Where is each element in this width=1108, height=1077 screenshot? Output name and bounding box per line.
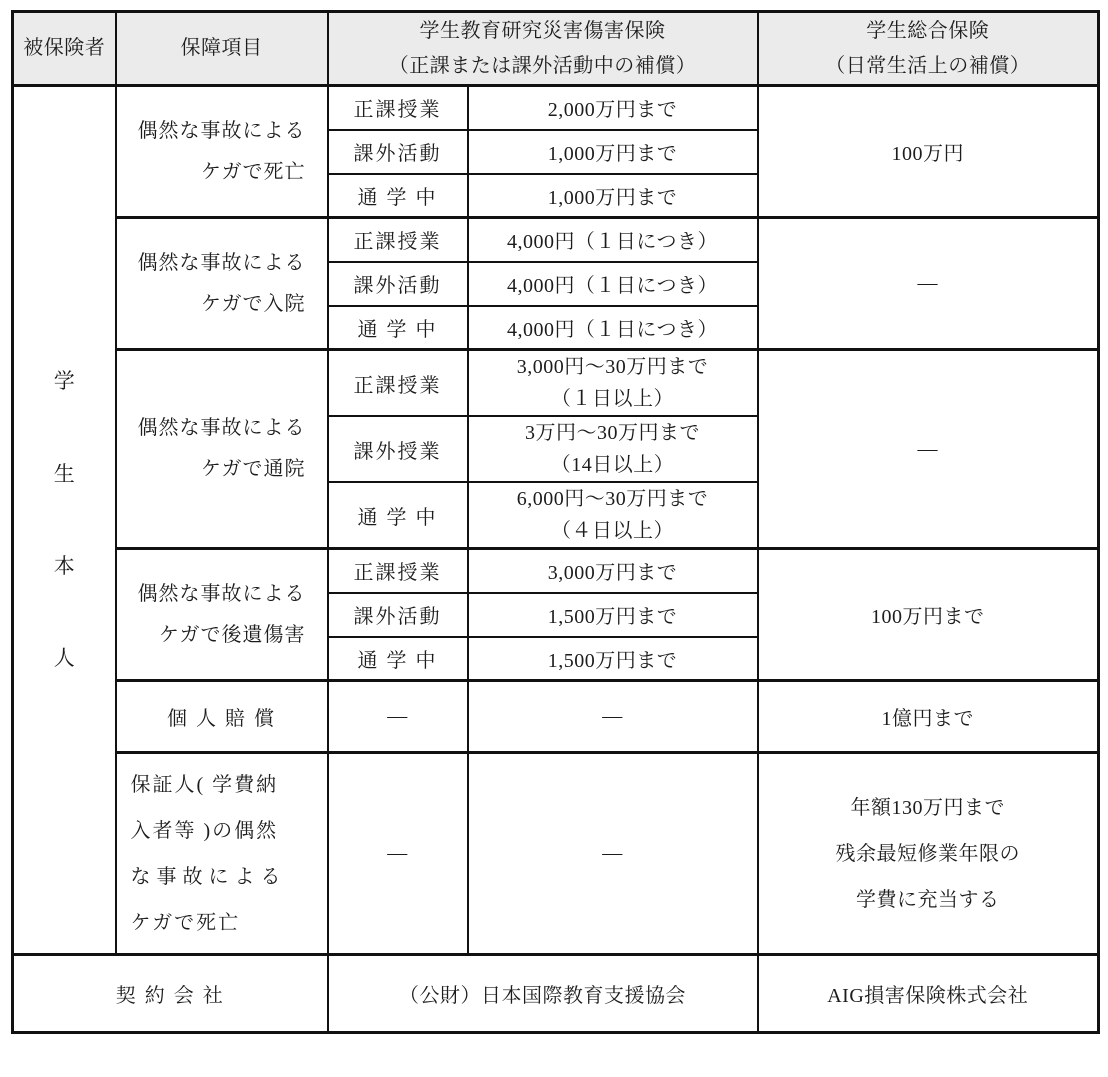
header-edu-insurance-subtitle: （正課または課外活動中の補償） [329,49,757,84]
group1-line2: ケガで死亡 [138,152,306,193]
personal-liability-scene-dash: — [328,681,468,753]
group4-coverage-label: 偶然な事故によるケガで後遺傷害 [116,549,328,681]
header-comprehensive-insurance: 学生総合保険 （日常生活上の補償） [758,12,1099,86]
group3-value-commuting-line2: （４日以上） [469,515,757,547]
group2-coverage-label: 偶然な事故によるケガで入院 [116,218,328,350]
group4-value-regular: 3,000万円まで [468,549,758,593]
group2-scene-commuting: 通 学 中 [328,306,468,350]
group3-value-commuting-line1: 6,000円～30万円まで [469,483,757,515]
group2-value-commuting: 4,000円（１日につき） [468,306,758,350]
group3-value-regular-line2: （１日以上） [469,383,757,415]
group3-value-extracurricular: 3万円～30万円まで （14日以上） [468,416,758,482]
contract-company-label: 契 約 会 社 [13,955,328,1033]
group1-coverage-text: 偶然な事故によるケガで死亡 [138,111,306,193]
table-row: 保証人( 学費納 入者等 )の偶然 な事故による ケガで死亡 — — 年額130… [13,753,1099,955]
personal-liability-label: 個 人 賠 償 [116,681,328,753]
guarantor-line1: 保証人( 学費納 [131,762,327,808]
group1-coverage-label: 偶然な事故によるケガで死亡 [116,86,328,218]
guarantor-scene-dash: — [328,753,468,955]
group4-line2: ケガで後遺傷害 [138,615,306,656]
group2-line1: 偶然な事故による [138,252,306,274]
group1-line1: 偶然な事故による [138,120,306,142]
group4-value-commuting: 1,500万円まで [468,637,758,681]
group2-value-regular: 4,000円（１日につき） [468,218,758,262]
table-row: 偶然な事故によるケガで入院 正課授業 4,000円（１日につき） — [13,218,1099,262]
table-row: 偶然な事故によるケガで通院 正課授業 3,000円～30万円まで （１日以上） … [13,350,1099,417]
group3-value-extracurricular-line2: （14日以上） [469,449,757,481]
group4-line1: 偶然な事故による [138,583,306,605]
group2-value-extracurricular: 4,000円（１日につき） [468,262,758,306]
insurance-comparison-document: 被保険者 保障項目 学生教育研究災害傷害保険 （正課または課外活動中の補償） 学… [0,0,1108,1044]
contract-company-row: 契 約 会 社 （公財）日本国際教育支援協会 AIG損害保険株式会社 [13,955,1099,1033]
guarantor-line4: ケガで死亡 [131,900,327,946]
guarantor-value-dash: — [468,753,758,955]
comprehensive-insurance-company: AIG損害保険株式会社 [758,955,1099,1033]
group3-value-extracurricular-line1: 3万円～30万円まで [469,417,757,449]
guarantor-comprehensive-line3: 学費に充当する [759,877,1098,923]
guarantor-comprehensive-line2: 残余最短修業年限の [759,831,1098,877]
guarantor-line3: な事故による [131,854,327,900]
group3-coverage-text: 偶然な事故によるケガで通院 [138,408,306,490]
group2-comprehensive-value: — [758,218,1099,350]
group2-line2: ケガで入院 [138,284,306,325]
group2-scene-extracurricular: 課外活動 [328,262,468,306]
header-edu-insurance-title: 学生教育研究災害傷害保険 [329,14,757,49]
group3-scene-commuting: 通 学 中 [328,482,468,549]
personal-liability-value-dash: — [468,681,758,753]
group4-scene-commuting: 通 学 中 [328,637,468,681]
insured-person-cell: 学生本人 [13,86,116,955]
header-insured-person: 被保険者 [13,12,116,86]
group2-coverage-text: 偶然な事故によるケガで入院 [138,243,306,325]
personal-liability-comprehensive-value: 1億円まで [758,681,1099,753]
group3-scene-extracurricular: 課外授業 [328,416,468,482]
group1-value-extracurricular: 1,000万円まで [468,130,758,174]
group3-coverage-label: 偶然な事故によるケガで通院 [116,350,328,549]
group4-scene-extracurricular: 課外活動 [328,593,468,637]
group4-coverage-text: 偶然な事故によるケガで後遺傷害 [138,574,306,656]
header-edu-insurance: 学生教育研究災害傷害保険 （正課または課外活動中の補償） [328,12,758,86]
group3-scene-regular: 正課授業 [328,350,468,417]
group4-comprehensive-value: 100万円まで [758,549,1099,681]
group4-value-extracurricular: 1,500万円まで [468,593,758,637]
group1-comprehensive-value: 100万円 [758,86,1099,218]
guarantor-coverage-label: 保証人( 学費納 入者等 )の偶然 な事故による ケガで死亡 [116,753,328,955]
guarantor-line2: 入者等 )の偶然 [131,808,327,854]
group1-scene-extracurricular: 課外活動 [328,130,468,174]
group3-line2: ケガで通院 [138,449,306,490]
group3-value-regular: 3,000円～30万円まで （１日以上） [468,350,758,417]
group1-scene-commuting: 通 学 中 [328,174,468,218]
group1-value-commuting: 1,000万円まで [468,174,758,218]
group2-scene-regular: 正課授業 [328,218,468,262]
table-row: 個 人 賠 償 — — 1億円まで [13,681,1099,753]
group1-scene-regular: 正課授業 [328,86,468,130]
insurance-comparison-table: 被保険者 保障項目 学生教育研究災害傷害保険 （正課または課外活動中の補償） 学… [11,10,1100,1034]
header-comprehensive-subtitle: （日常生活上の補償） [759,49,1098,84]
group3-value-commuting: 6,000円～30万円まで （４日以上） [468,482,758,549]
table-row: 学生本人 偶然な事故によるケガで死亡 正課授業 2,000万円まで 100万円 [13,86,1099,130]
header-coverage-item: 保障項目 [116,12,328,86]
guarantor-comprehensive-value: 年額130万円まで 残余最短修業年限の 学費に充当する [758,753,1099,955]
group3-line1: 偶然な事故による [138,417,306,439]
header-comprehensive-title: 学生総合保険 [759,14,1098,49]
table-row: 偶然な事故によるケガで後遺傷害 正課授業 3,000万円まで 100万円まで [13,549,1099,593]
group3-value-regular-line1: 3,000円～30万円まで [469,351,757,383]
group3-comprehensive-value: — [758,350,1099,549]
insured-person-label: 学生本人 [53,335,75,705]
edu-insurance-company: （公財）日本国際教育支援協会 [328,955,758,1033]
group4-scene-regular: 正課授業 [328,549,468,593]
guarantor-comprehensive-line1: 年額130万円まで [759,785,1098,831]
table-header-row: 被保険者 保障項目 学生教育研究災害傷害保険 （正課または課外活動中の補償） 学… [13,12,1099,86]
group1-value-regular: 2,000万円まで [468,86,758,130]
